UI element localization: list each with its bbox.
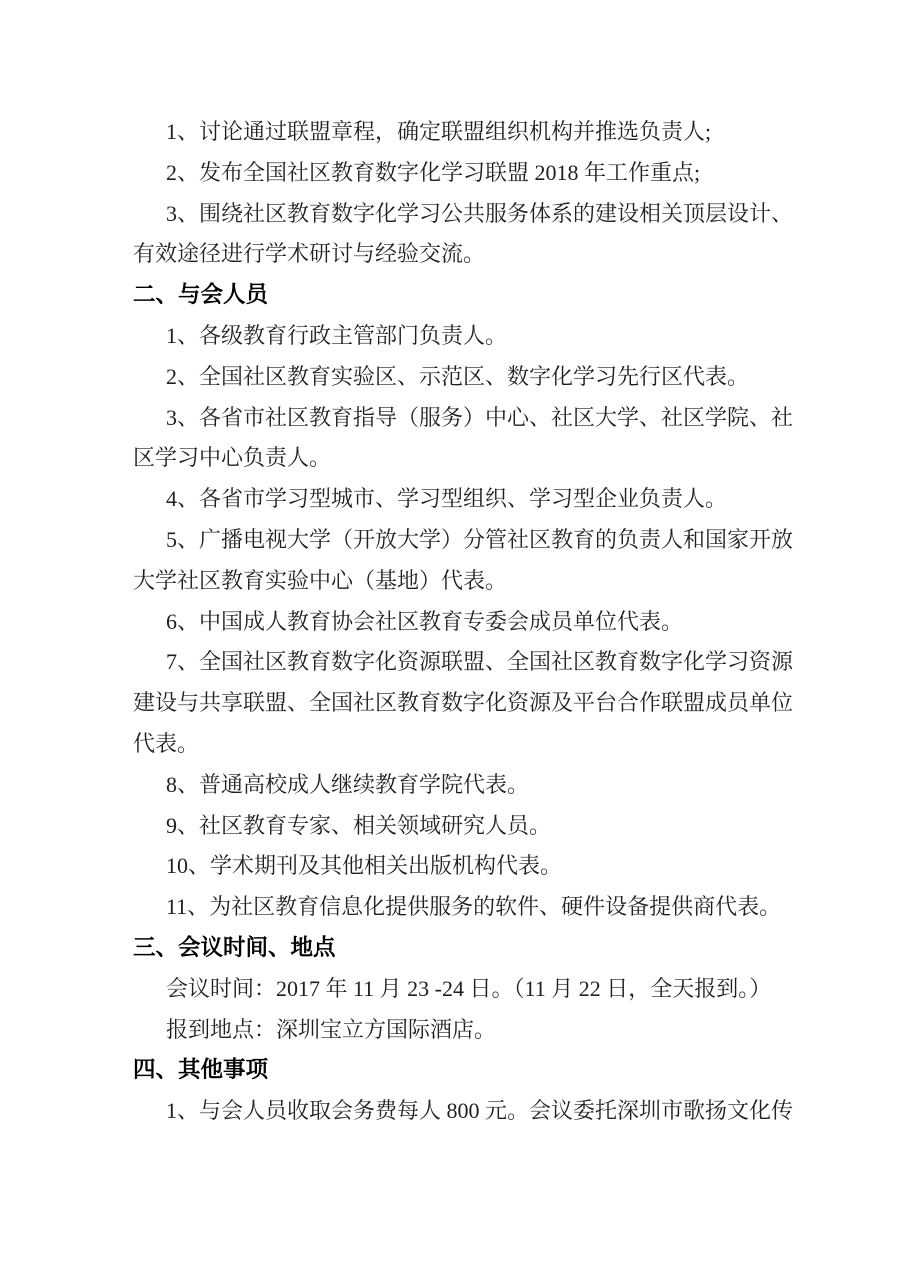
text-line: 7、全国社区教育数字化资源联盟、全国社区教育数字化学习资源 xyxy=(133,642,805,683)
text-line: 1、讨论通过联盟章程，确定联盟组织机构并推选负责人; xyxy=(133,112,805,153)
text-line: 大学社区教育实验中心（基地）代表。 xyxy=(133,561,805,602)
text-line: 11、为社区教育信息化提供服务的软件、硬件设备提供商代表。 xyxy=(133,887,805,928)
text-line: 2、发布全国社区教育数字化学习联盟 2018 年工作重点; xyxy=(133,153,805,194)
text-line: 建设与共享联盟、全国社区教育数字化资源及平台合作联盟成员单位 xyxy=(133,683,805,724)
text-line: 3、各省市社区教育指导（服务）中心、社区大学、社区学院、社 xyxy=(133,398,805,439)
section-heading: 四、其他事项 xyxy=(133,1050,805,1091)
document-body: 1、讨论通过联盟章程，确定联盟组织机构并推选负责人;2、发布全国社区教育数字化学… xyxy=(133,112,805,1132)
text-line: 5、广播电视大学（开放大学）分管社区教育的负责人和国家开放 xyxy=(133,520,805,561)
text-line: 3、围绕社区教育数字化学习公共服务体系的建设相关顶层设计、 xyxy=(133,194,805,235)
text-line: 有效途径进行学术研讨与经验交流。 xyxy=(133,234,805,275)
text-line: 2、全国社区教育实验区、示范区、数字化学习先行区代表。 xyxy=(133,357,805,398)
text-line: 1、与会人员收取会务费每人 800 元。会议委托深圳市歌扬文化传 xyxy=(133,1091,805,1132)
text-line: 区学习中心负责人。 xyxy=(133,438,805,479)
section-heading: 二、与会人员 xyxy=(133,275,805,316)
text-line: 10、学术期刊及其他相关出版机构代表。 xyxy=(133,846,805,887)
text-line: 1、各级教育行政主管部门负责人。 xyxy=(133,316,805,357)
text-line: 9、社区教育专家、相关领域研究人员。 xyxy=(133,806,805,847)
text-line: 报到地点：深圳宝立方国际酒店。 xyxy=(133,1010,805,1051)
text-line: 代表。 xyxy=(133,724,805,765)
text-line: 6、中国成人教育协会社区教育专委会成员单位代表。 xyxy=(133,602,805,643)
section-heading: 三、会议时间、地点 xyxy=(133,928,805,969)
text-line: 8、普通高校成人继续教育学院代表。 xyxy=(133,765,805,806)
text-line: 会议时间：2017 年 11 月 23 -24 日。（11 月 22 日，全天报… xyxy=(133,969,805,1010)
document-page: 1、讨论通过联盟章程，确定联盟组织机构并推选负责人;2、发布全国社区教育数字化学… xyxy=(0,0,900,1273)
text-line: 4、各省市学习型城市、学习型组织、学习型企业负责人。 xyxy=(133,479,805,520)
